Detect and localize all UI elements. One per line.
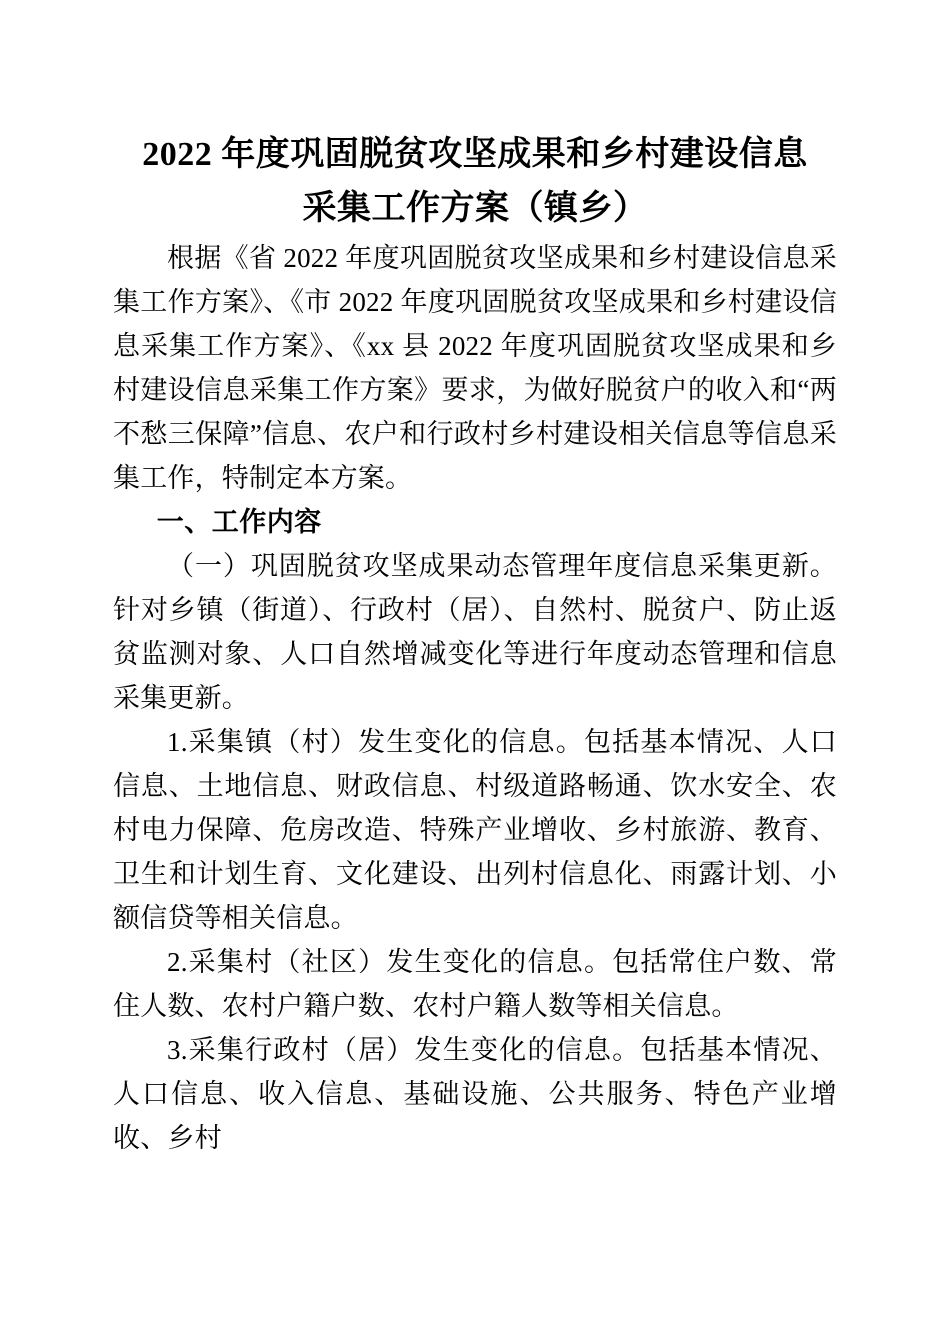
section-heading-work-content: 一、工作内容 [113, 500, 837, 544]
document-title: 2022 年度巩固脱贫攻坚成果和乡村建设信息 采集工作方案（镇乡） [113, 128, 837, 236]
paragraph-sub-item-3: 3.采集行政村（居）发生变化的信息。包括基本情况、人口信息、收入信息、基础设施、… [113, 1028, 837, 1160]
paragraph-sub-item-2: 2.采集村（社区）发生变化的信息。包括常住户数、常住人数、农村户籍户数、农村户籍… [113, 940, 837, 1028]
paragraph-sub-item-1: 1.采集镇（村）发生变化的信息。包括基本情况、人口信息、土地信息、财政信息、村级… [113, 720, 837, 940]
intro-paragraph: 根据《省 2022 年度巩固脱贫攻坚成果和乡村建设信息采集工作方案》、《市 20… [113, 236, 837, 500]
document-page: 2022 年度巩固脱贫攻坚成果和乡村建设信息 采集工作方案（镇乡） 根据《省 2… [0, 0, 950, 1344]
document-content: 2022 年度巩固脱贫攻坚成果和乡村建设信息 采集工作方案（镇乡） 根据《省 2… [113, 0, 837, 1160]
paragraph-item-1: （一）巩固脱贫攻坚成果动态管理年度信息采集更新。针对乡镇（街道）、行政村（居）、… [113, 544, 837, 720]
